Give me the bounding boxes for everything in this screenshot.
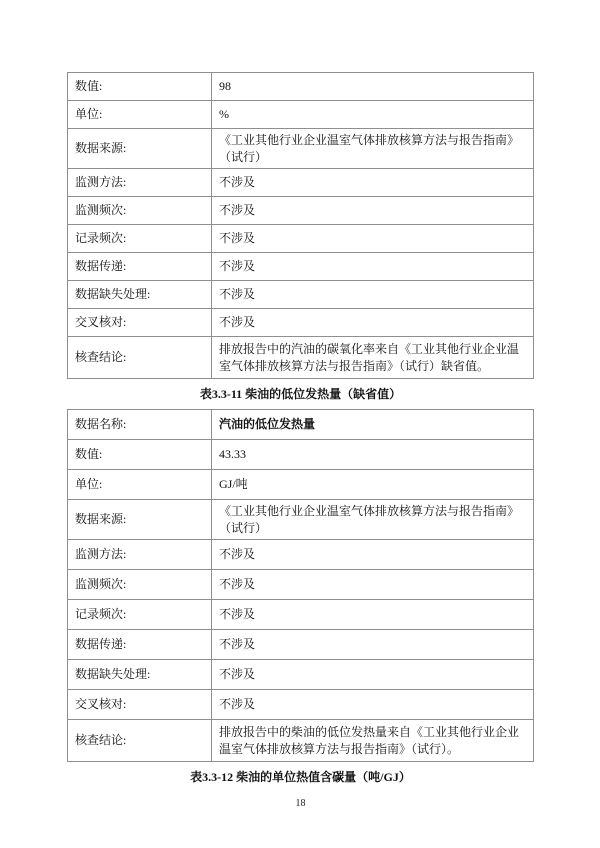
table-row: 单位: %: [68, 101, 534, 129]
row-label: 单位:: [68, 101, 212, 129]
table-row: 交叉核对: 不涉及: [68, 690, 534, 720]
row-label: 记录频次:: [68, 600, 212, 630]
row-value: 不涉及: [212, 169, 534, 197]
table-row: 数据传递: 不涉及: [68, 253, 534, 281]
table-row: 数据名称: 汽油的低位发热量: [68, 410, 534, 440]
row-label: 数值:: [68, 73, 212, 101]
row-value: 不涉及: [212, 600, 534, 630]
row-label: 数据缺失处理:: [68, 660, 212, 690]
row-label: 交叉核对:: [68, 690, 212, 720]
table-row: 数据缺失处理: 不涉及: [68, 281, 534, 309]
document-page: 数值: 98 单位: % 数据来源: 《工业其他行业企业温室气体排放核算方法与报…: [0, 0, 600, 848]
table-row: 数据来源: 《工业其他行业企业温室气体排放核算方法与报告指南》（试行）: [68, 129, 534, 169]
row-label: 监测方法:: [68, 169, 212, 197]
table-row: 记录频次: 不涉及: [68, 600, 534, 630]
row-label: 核查结论:: [68, 720, 212, 762]
table-row: 数据传递: 不涉及: [68, 630, 534, 660]
row-value: GJ/吨: [212, 470, 534, 500]
row-label: 数据传递:: [68, 630, 212, 660]
table-row: 交叉核对: 不涉及: [68, 309, 534, 337]
row-value: 不涉及: [212, 197, 534, 225]
table-row: 记录频次: 不涉及: [68, 225, 534, 253]
table-row: 单位: GJ/吨: [68, 470, 534, 500]
row-value: 不涉及: [212, 281, 534, 309]
row-label: 记录频次:: [68, 225, 212, 253]
row-label: 数据来源:: [68, 129, 212, 169]
table-row: 数值: 98: [68, 73, 534, 101]
table-row: 核查结论: 排放报告中的汽油的碳氧化率来自《工业其他行业企业温室气体排放核算方法…: [68, 337, 534, 379]
table-row: 数据来源: 《工业其他行业企业温室气体排放核算方法与报告指南》（试行）: [68, 500, 534, 540]
table-row: 核查结论: 排放报告中的柴油的低位发热量来自《工业其他行业企业温室气体排放核算方…: [68, 720, 534, 762]
row-label: 交叉核对:: [68, 309, 212, 337]
row-label: 数据传递:: [68, 253, 212, 281]
row-label: 数据缺失处理:: [68, 281, 212, 309]
row-label: 数值:: [68, 440, 212, 470]
row-value: 不涉及: [212, 690, 534, 720]
row-value: 不涉及: [212, 253, 534, 281]
row-label: 核查结论:: [68, 337, 212, 379]
row-label: 数据来源:: [68, 500, 212, 540]
table-row: 监测频次: 不涉及: [68, 197, 534, 225]
row-label: 监测频次:: [68, 197, 212, 225]
table-row: 数据缺失处理: 不涉及: [68, 660, 534, 690]
row-label: 监测频次:: [68, 570, 212, 600]
table-row: 监测频次: 不涉及: [68, 570, 534, 600]
row-value: %: [212, 101, 534, 129]
row-value: 排放报告中的柴油的低位发热量来自《工业其他行业企业温室气体排放核算方法与报告指南…: [212, 720, 534, 762]
parameter-table-2: 数据名称: 汽油的低位发热量 数值: 43.33 单位: GJ/吨 数据来源: …: [67, 409, 534, 762]
row-value: 排放报告中的汽油的碳氧化率来自《工业其他行业企业温室气体排放核算方法与报告指南》…: [212, 337, 534, 379]
row-label: 监测方法:: [68, 540, 212, 570]
table-row: 监测方法: 不涉及: [68, 169, 534, 197]
row-value: 43.33: [212, 440, 534, 470]
row-value: 不涉及: [212, 225, 534, 253]
row-label: 单位:: [68, 470, 212, 500]
row-value: 《工业其他行业企业温室气体排放核算方法与报告指南》（试行）: [212, 500, 534, 540]
row-value: 不涉及: [212, 570, 534, 600]
row-value: 不涉及: [212, 540, 534, 570]
table-caption-3-3-11: 表3.3-11 柴油的低位发热量（缺省值）: [67, 385, 534, 402]
parameter-table-1: 数值: 98 单位: % 数据来源: 《工业其他行业企业温室气体排放核算方法与报…: [67, 72, 534, 379]
table-caption-3-3-12: 表3.3-12 柴油的单位热值含碳量（吨/GJ）: [67, 768, 534, 785]
table-row: 监测方法: 不涉及: [68, 540, 534, 570]
row-value: 《工业其他行业企业温室气体排放核算方法与报告指南》（试行）: [212, 129, 534, 169]
row-value: 98: [212, 73, 534, 101]
row-value: 不涉及: [212, 660, 534, 690]
row-value: 汽油的低位发热量: [212, 410, 534, 440]
row-value: 不涉及: [212, 630, 534, 660]
page-content: 数值: 98 单位: % 数据来源: 《工业其他行业企业温室气体排放核算方法与报…: [67, 72, 534, 809]
row-label: 数据名称:: [68, 410, 212, 440]
table-row: 数值: 43.33: [68, 440, 534, 470]
row-value: 不涉及: [212, 309, 534, 337]
page-number: 18: [67, 798, 534, 809]
